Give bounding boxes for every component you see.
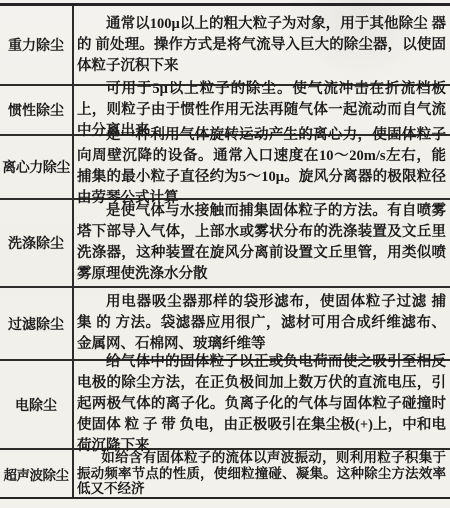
row-description: 用电器吸尘器那样的袋形滤布，使固体粒子过滤 捕 集 的 方法。袋滤器应用很广，滤… [77,292,446,355]
row-description: 如给含有固体粒子的流体以声波振动，则利用粒子积集于振动频率节点的性质，使细粒撞碰… [77,450,446,497]
row-description-cell: 如给含有固体粒子的流体以声波振动，则利用粒子积集于振动频率节点的性质，使细粒撞碰… [74,450,450,497]
row-description-cell: 用电器吸尘器那样的袋形滤布，使固体粒子过滤 捕 集 的 方法。袋滤器应用很广，滤… [74,288,450,359]
row-description-cell: 给气体中的固体粒子以正或负电荷而使之吸引至相反电极的除尘方法，在正负极间加上数万… [74,361,450,448]
row-label: 离心力除尘 [0,136,74,198]
row-label: 重力除尘 [0,6,74,84]
table-row-ultrasonic: 超声波除尘 如给含有固体粒子的流体以声波振动，则利用粒子积集于振动频率节点的性质… [0,448,450,497]
table-row-gravity: 重力除尘 通常以100μ以上的粗大粒子为对象，用于其他除尘 器 的 前处理。操作… [0,6,450,84]
dust-removal-table: 重力除尘 通常以100μ以上的粗大粒子为对象，用于其他除尘 器 的 前处理。操作… [0,3,450,499]
table-row-centrifugal: 离心力除尘 是一种利用气体旋转运动产生的离心力，使固体粒子向周壁沉降的设备。通常… [0,134,450,198]
table-row-electrostatic: 电除尘 给气体中的固体粒子以正或负电荷而使之吸引至相反电极的除尘方法，在正负极间… [0,359,450,448]
row-label: 电除尘 [0,361,74,448]
row-label: 洗涤除尘 [0,200,74,286]
table-row-washing: 洗涤除尘 是使气体与水接触而捕集固体粒子的方法。有自喷雾塔下部导入气体，上部水或… [0,198,450,286]
row-description-cell: 通常以100μ以上的粗大粒子为对象，用于其他除尘 器 的 前处理。操作方式是将气… [74,6,450,84]
row-label: 惯性除尘 [0,86,74,134]
row-description: 是使气体与水接触而捕集固体粒子的方法。有自喷雾塔下部导入气体，上部水或雾状分布的… [77,201,446,285]
row-label: 超声波除尘 [0,450,74,497]
row-description: 通常以100μ以上的粗大粒子为对象，用于其他除尘 器 的 前处理。操作方式是将气… [77,14,446,77]
row-description: 是一种利用气体旋转运动产生的离心力，使固体粒子向周壁沉降的设备。通常入口速度在1… [77,125,446,209]
row-description: 给气体中的固体粒子以正或负电荷而使之吸引至相反电极的除尘方法，在正负极间加上数万… [77,352,446,457]
row-description-cell: 是一种利用气体旋转运动产生的离心力，使固体粒子向周壁沉降的设备。通常入口速度在1… [74,136,450,198]
scanned-page: 重力除尘 通常以100μ以上的粗大粒子为对象，用于其他除尘 器 的 前处理。操作… [0,0,450,508]
row-label: 过滤除尘 [0,288,74,359]
row-description-cell: 是使气体与水接触而捕集固体粒子的方法。有自喷雾塔下部导入气体，上部水或雾状分布的… [74,200,450,286]
table-row-filtration: 过滤除尘 用电器吸尘器那样的袋形滤布，使固体粒子过滤 捕 集 的 方法。袋滤器应… [0,286,450,359]
